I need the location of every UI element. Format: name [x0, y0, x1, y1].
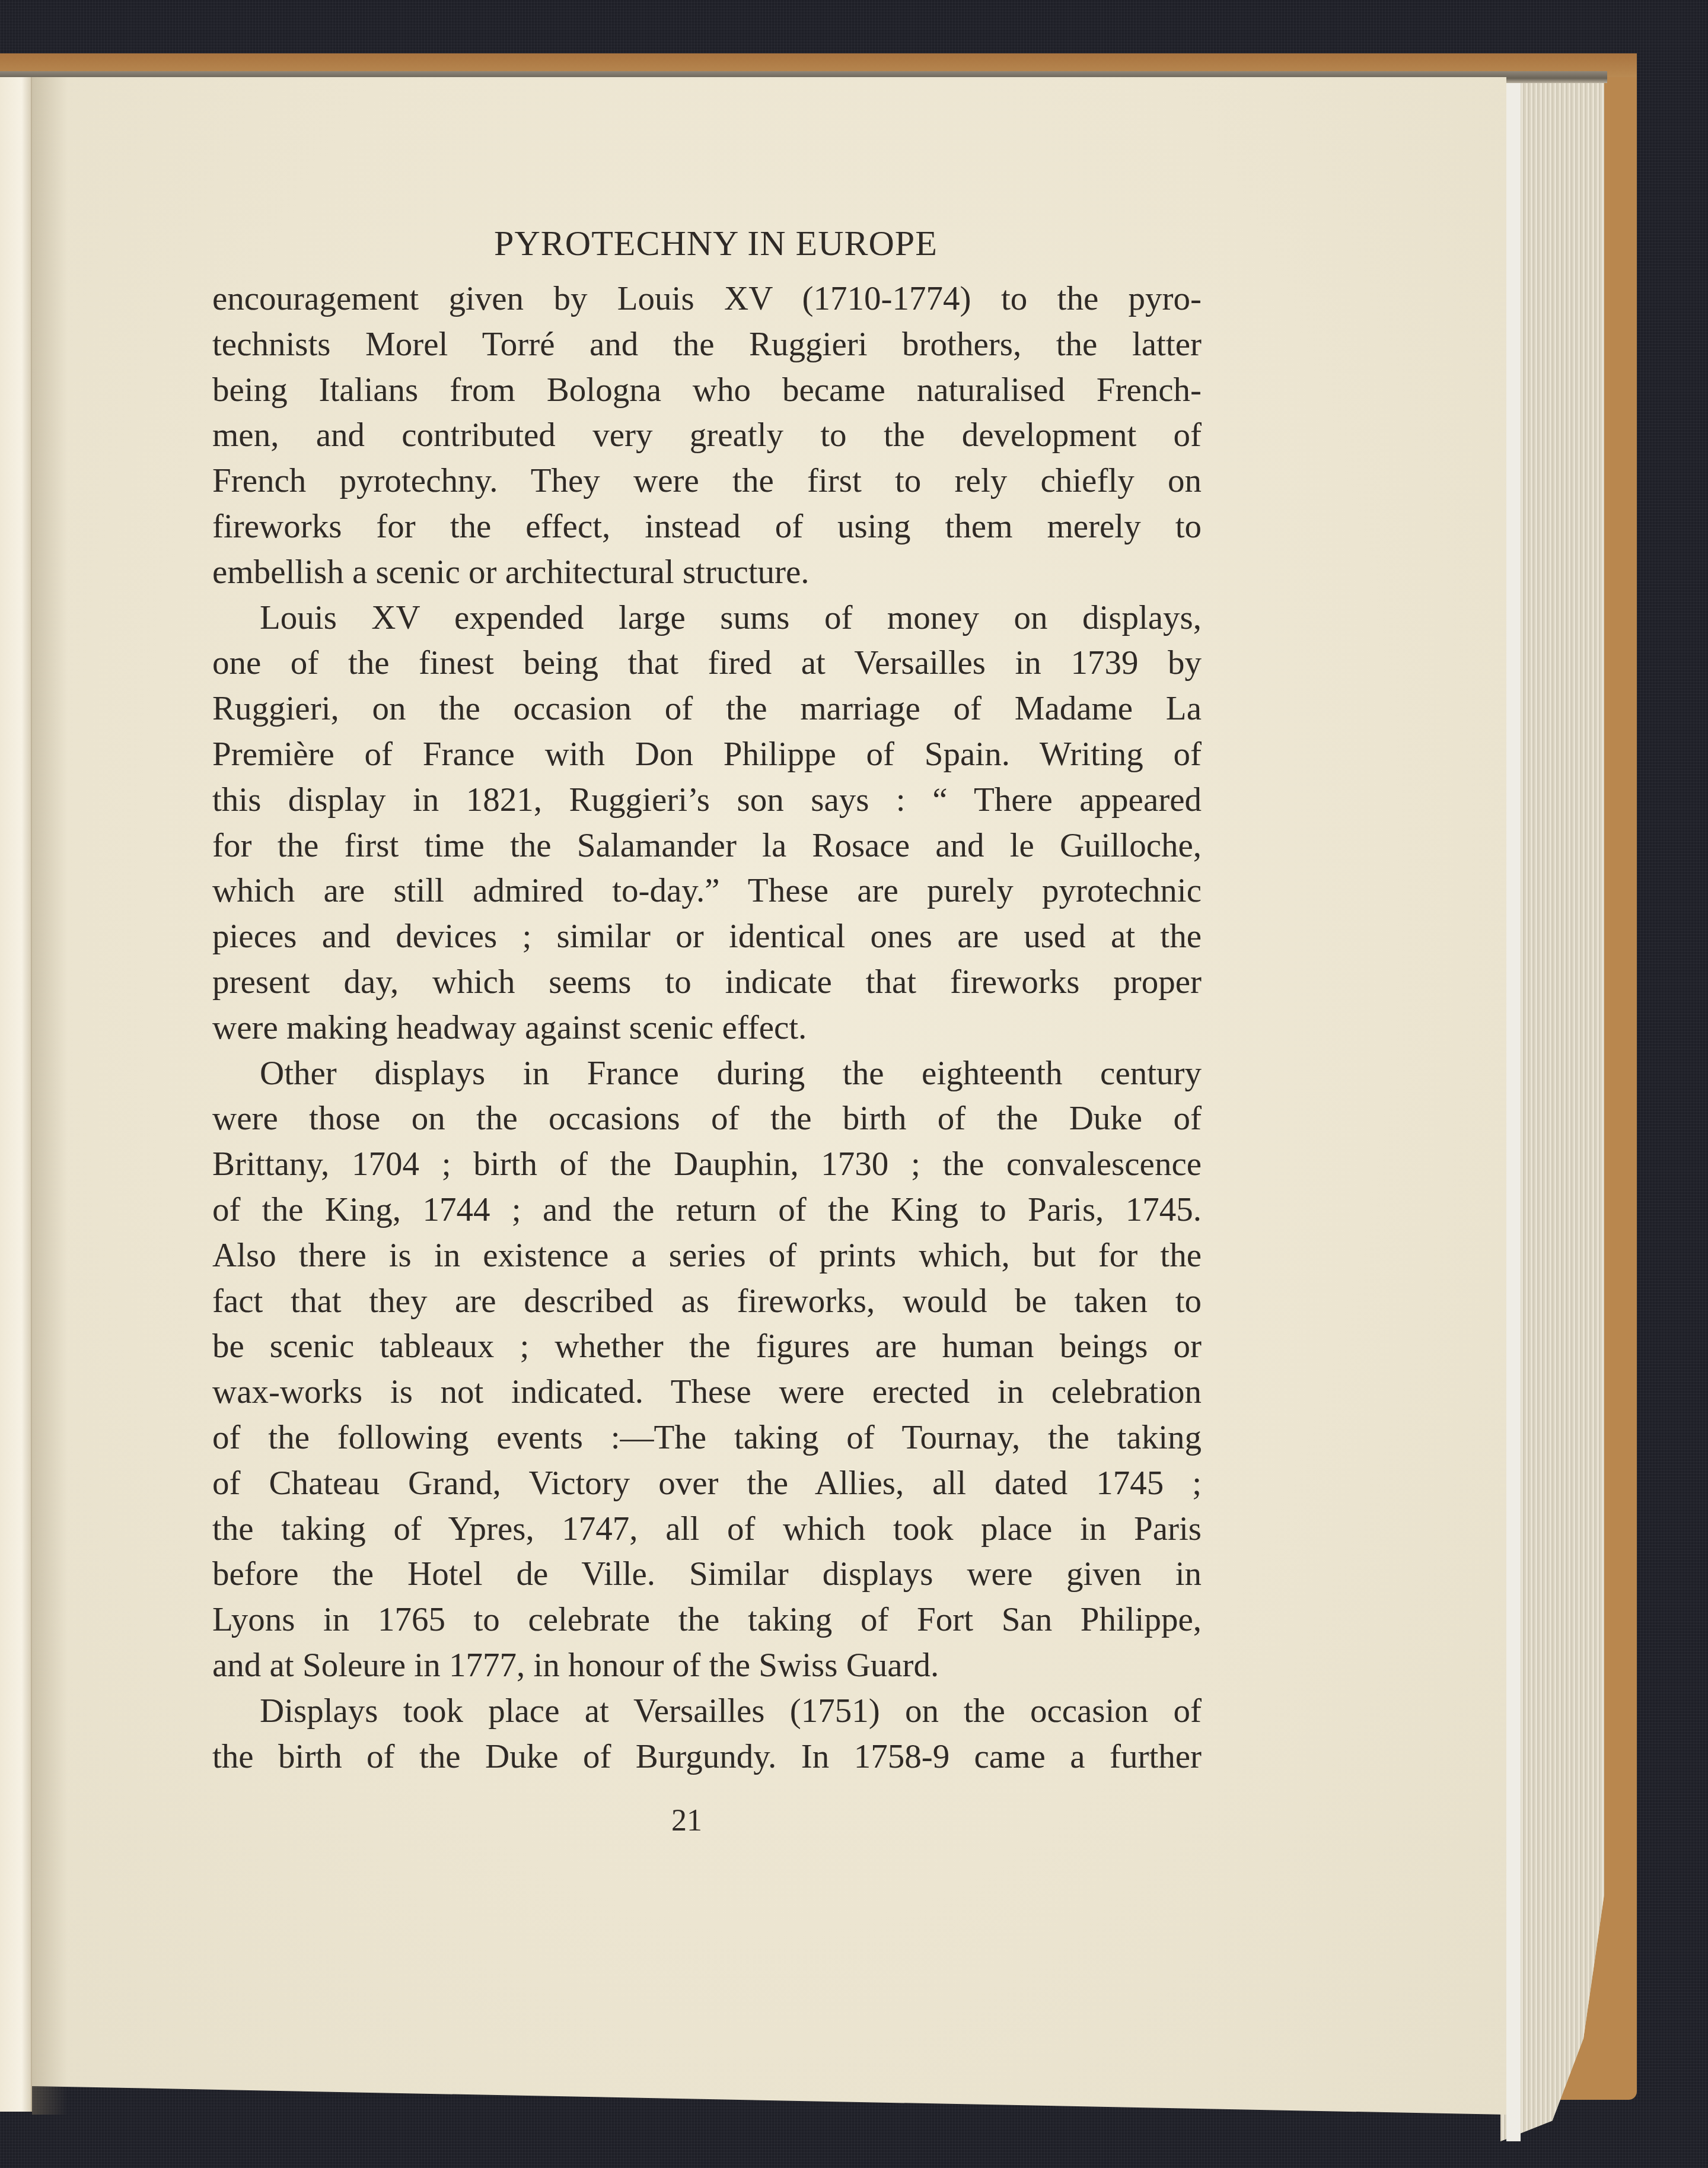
text-line: be scenic tableaux ; whether the figures…	[212, 1324, 1202, 1370]
text-line: of Chateau Grand, Victory over the Allie…	[212, 1461, 1202, 1507]
text-line: Brittany, 1704 ; birth of the Dauphin, 1…	[212, 1142, 1202, 1188]
text-line: fireworks for the effect, instead of usi…	[212, 504, 1202, 550]
text-line: Other displays in France during the eigh…	[212, 1051, 1202, 1097]
text-line: encouragement given by Louis XV (1710-17…	[212, 276, 1202, 322]
text-line: embellish a scenic or architectural stru…	[212, 550, 1202, 596]
gutter-shadow	[32, 77, 68, 2115]
text-line: which are still admired to-day.” These a…	[212, 868, 1202, 914]
text-line: one of the finest being that fired at Ve…	[212, 641, 1202, 686]
text-line: for the first time the Salamander la Ros…	[212, 823, 1202, 869]
paragraph-1: encouragement given by Louis XV (1710-17…	[212, 276, 1202, 596]
page-number: 21	[645, 1803, 728, 1838]
text-line: were those on the occasions of the birth…	[212, 1096, 1202, 1142]
text-line: Première of France with Don Philippe of …	[212, 732, 1202, 778]
paragraph-2: Louis XV expended large sums of money on…	[212, 596, 1202, 1051]
text-line: present day, which seems to indicate tha…	[212, 960, 1202, 1005]
text-line: being Italians from Bologna who became n…	[212, 368, 1202, 413]
text-line: the birth of the Duke of Burgundy. In 17…	[212, 1734, 1202, 1780]
text-line: French pyrotechny. They were the first t…	[212, 459, 1202, 504]
text-block: PYROTECHNY IN EUROPE encouragement given…	[212, 219, 1202, 1779]
text-line: Louis XV expended large sums of money on…	[212, 596, 1202, 641]
paragraph-4: Displays took place at Versailles (1751)…	[212, 1689, 1202, 1780]
text-line: fact that they are described as firework…	[212, 1279, 1202, 1325]
text-line: Lyons in 1765 to celebrate the taking of…	[212, 1597, 1202, 1643]
text-line: and at Soleure in 1777, in honour of the…	[212, 1643, 1202, 1689]
text-line: Ruggieri, on the occasion of the marriag…	[212, 686, 1202, 732]
text-line: pieces and devices ; similar or identica…	[212, 914, 1202, 960]
text-line: were making headway against scenic effec…	[212, 1005, 1202, 1051]
text-line: of the following events :—The taking of …	[212, 1415, 1202, 1461]
loose-leaf-edge	[1506, 83, 1521, 2141]
text-line: Displays took place at Versailles (1751)…	[212, 1689, 1202, 1734]
text-line: the taking of Ypres, 1747, all of which …	[212, 1507, 1202, 1552]
text-line: men, and contributed very greatly to the…	[212, 413, 1202, 459]
text-line: this display in 1821, Ruggieri’s son say…	[212, 778, 1202, 823]
paragraph-3: Other displays in France during the eigh…	[212, 1051, 1202, 1689]
text-line: before the Hotel de Ville. Similar displ…	[212, 1552, 1202, 1597]
previous-page-edge	[0, 77, 32, 2112]
text-line: of the King, 1744 ; and the return of th…	[212, 1188, 1202, 1233]
text-line: technists Morel Torré and the Ruggieri b…	[212, 322, 1202, 368]
running-head: PYROTECHNY IN EUROPE	[212, 219, 1202, 267]
text-line: wax-works is not indicated. These were e…	[212, 1370, 1202, 1415]
text-line: Also there is in existence a series of p…	[212, 1233, 1202, 1279]
